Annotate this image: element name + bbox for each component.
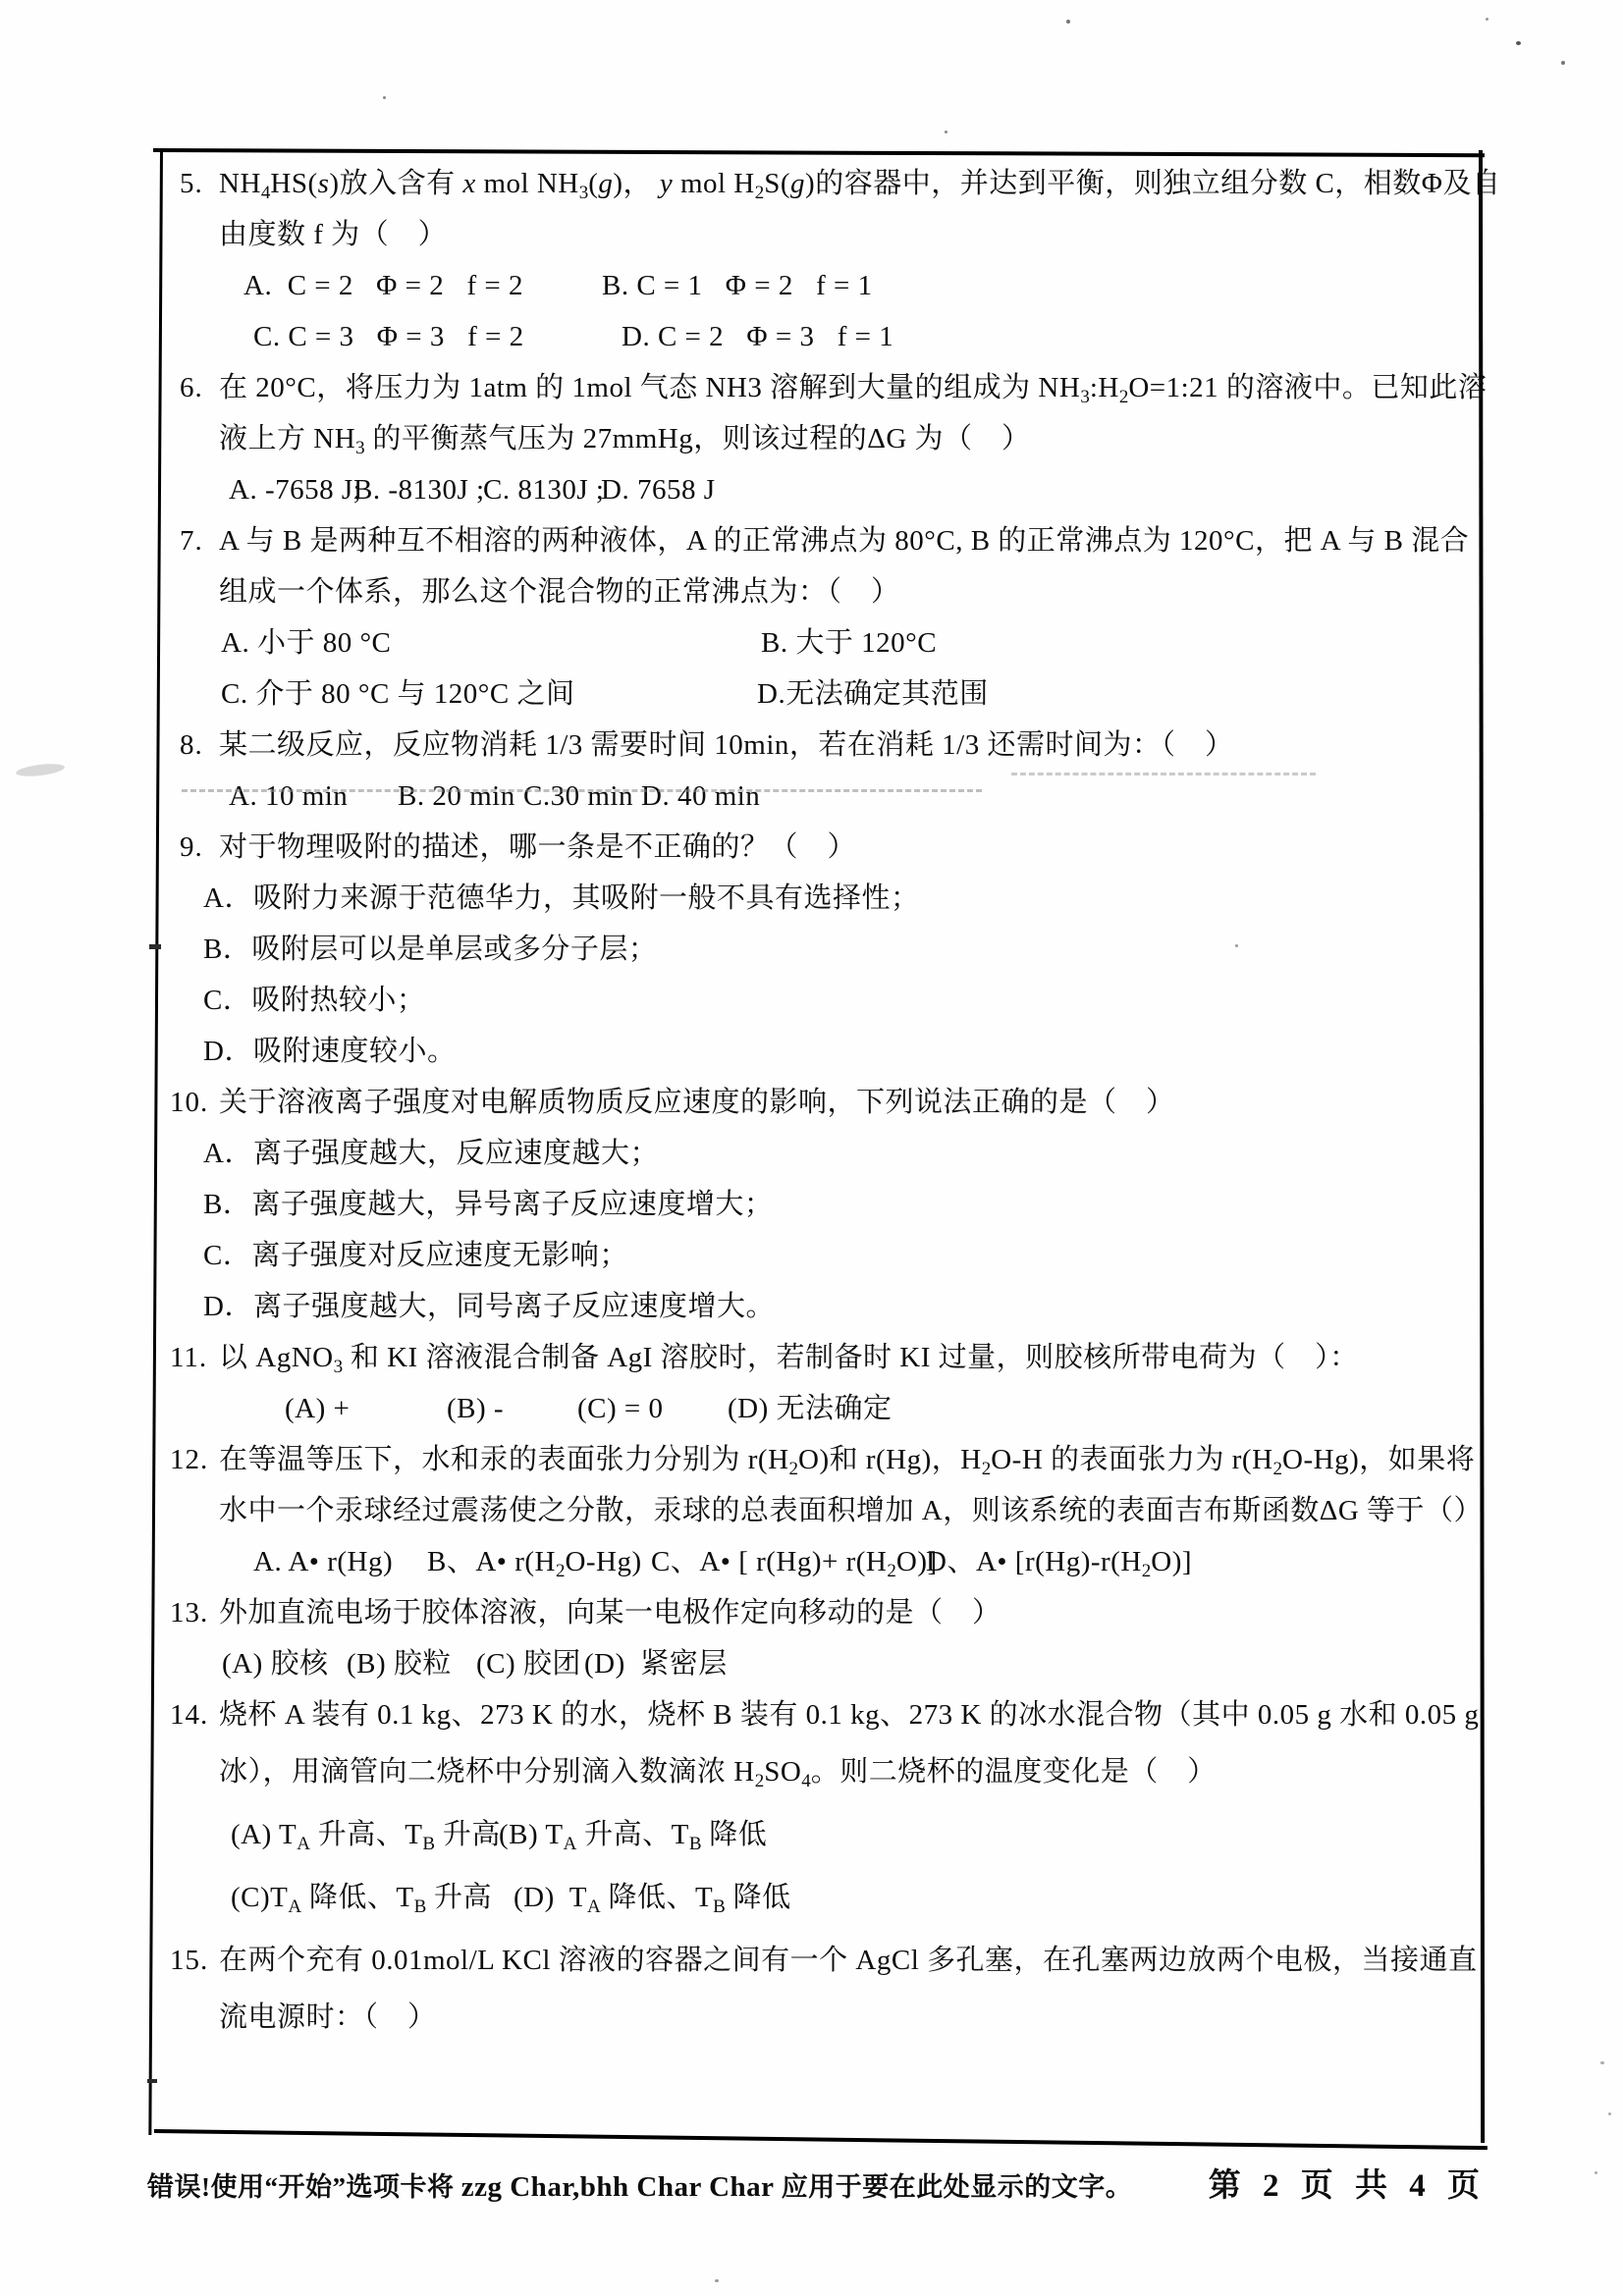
text-line: 流电源时：（ ）	[160, 1992, 1480, 2043]
question-list: 5.NH4HS(s)放入含有 x mol NH3(g)， y mol H2S(g…	[160, 150, 1480, 2129]
option-text: A. 10 min	[229, 771, 348, 822]
text-line: A．离子强度越大，反应速度越大；	[160, 1128, 1480, 1179]
scan-speck	[1066, 20, 1070, 24]
question-text: 在 20°C，将压力为 1atm 的 1mol 气态 NH3 溶解到大量的组成为…	[219, 362, 1487, 413]
option-text: B. 20 min	[398, 771, 515, 822]
scan-dash-artifact	[182, 789, 982, 792]
scan-smudge	[16, 762, 66, 778]
question-number: 5.	[180, 158, 203, 209]
question-text: 在等温等压下，水和汞的表面张力分别为 r(H2O)和 r(Hg)，H2O-H 的…	[219, 1434, 1475, 1485]
text-line: A．吸附力来源于范德华力，其吸附一般不具有选择性；	[160, 873, 1480, 924]
question-number: 15.	[170, 1929, 208, 1992]
option-text: (A) 胶核	[222, 1638, 329, 1689]
option-text: C、A• [ r(Hg)+ r(H2O)]	[651, 1536, 938, 1587]
question-text: 在两个充有 0.01mol/L KCl 溶液的容器之间有一个 AgCl 多孔塞，…	[219, 1929, 1478, 1992]
option-text: C. C = 3 Φ = 3 f = 2	[253, 311, 524, 362]
text-line: 由度数 f 为（ ）	[160, 209, 1480, 260]
option-text: C. 8130J ;	[483, 464, 604, 515]
text-line: A. -7658 J;B. -8130J ;C. 8130J ;D. 7658 …	[160, 464, 1480, 515]
text-line: C．离子强度对反应速度无影响；	[160, 1230, 1480, 1281]
option-text: B. 大于 120°C	[761, 617, 937, 668]
question-text-continued: 冰），用滴管向二烧杯中分别滴入数滴浓 H2SO4。则二烧杯的温度变化是（ ）	[219, 1740, 1217, 1803]
option-text: B. -8130J ;	[353, 464, 485, 515]
option-text: (D) 无法确定	[728, 1383, 893, 1434]
question-number: 14.	[170, 1689, 208, 1740]
scan-speck	[383, 96, 386, 99]
text-line: 冰），用滴管向二烧杯中分别滴入数滴浓 H2SO4。则二烧杯的温度变化是（ ）	[160, 1740, 1480, 1803]
scan-speck	[828, 425, 832, 428]
option-text: D.无法确定其范围	[757, 668, 989, 720]
option-text: (C) = 0	[577, 1383, 664, 1434]
border-bottom	[154, 2129, 1488, 2150]
text-line: 水中一个汞球经过震荡使之分散，汞球的总表面积增加 A，则该系统的表面吉布斯函数Δ…	[160, 1485, 1480, 1536]
text-line: A. C = 2 Φ = 2 f = 2B. C = 1 Φ = 2 f = 1	[160, 260, 1480, 311]
question-number: 7.	[180, 515, 203, 566]
option-text: B．离子强度越大，异号离子反应速度增大；	[203, 1179, 773, 1230]
question-number: 11.	[170, 1332, 207, 1383]
option-text: B．吸附层可以是单层或多分子层；	[203, 924, 657, 975]
option-text: (C)TA 降低、TB 升高	[231, 1866, 492, 1929]
option-text: (B) TA 升高、TB 降低	[499, 1803, 767, 1866]
option-text: C．吸附热较小；	[203, 975, 425, 1026]
text-line: 13.外加直流电场于胶体溶液，向某一电极作定向移动的是（ ）	[160, 1587, 1480, 1638]
text-line: 11.以 AgNO3 和 KI 溶液混合制备 AgI 溶胶时，若制备时 KI 过…	[160, 1332, 1480, 1383]
text-line: 10.关于溶液离子强度对电解质物质反应速度的影响，下列说法正确的是（ ）	[160, 1077, 1480, 1128]
option-text: (A) +	[285, 1383, 350, 1434]
question-text: 外加直流电场于胶体溶液，向某一电极作定向移动的是（ ）	[219, 1587, 1001, 1638]
option-text: C.30 min	[523, 771, 633, 822]
question-text: 关于溶液离子强度对电解质物质反应速度的影响，下列说法正确的是（ ）	[219, 1077, 1175, 1128]
scan-speck	[1516, 41, 1521, 45]
option-text: A. 小于 80 °C	[221, 617, 391, 668]
question-number: 13.	[170, 1587, 208, 1638]
option-text: A. A• r(Hg)	[253, 1536, 393, 1587]
question-text: 以 AgNO3 和 KI 溶液混合制备 AgI 溶胶时，若制备时 KI 过量，则…	[219, 1332, 1359, 1383]
text-line: 15.在两个充有 0.01mol/L KCl 溶液的容器之间有一个 AgCl 多…	[160, 1929, 1480, 1992]
text-line: D．吸附速度较小。	[160, 1026, 1480, 1077]
text-line: A. A• r(Hg)B、A• r(H2O-Hg)C、A• [ r(Hg)+ r…	[160, 1536, 1480, 1587]
page-number-indicator: 第 2 页 共 4 页	[1209, 2160, 1487, 2206]
text-line: A. 10 minB. 20 minC.30 minD. 40 min	[160, 771, 1480, 822]
option-text: (D) TA 降低、TB 降低	[514, 1866, 791, 1929]
question-text: 对于物理吸附的描述，哪一条是不正确的？（ ）	[219, 822, 856, 873]
question-number: 9.	[180, 822, 203, 873]
question-number: 6.	[180, 362, 203, 413]
option-text: A．离子强度越大，反应速度越大；	[203, 1128, 659, 1179]
scan-speck	[1595, 2171, 1597, 2174]
text-line: C. 介于 80 °C 与 120°C 之间D.无法确定其范围	[160, 668, 1480, 720]
text-line: C．吸附热较小；	[160, 975, 1480, 1026]
page-footer: 错误!使用“开始”选项卡将 zzg Char,bhh Char Char 应用于…	[147, 2160, 1487, 2206]
text-line: B．吸附层可以是单层或多分子层；	[160, 924, 1480, 975]
question-text: 某二级反应，反应物消耗 1/3 需要时间 10min，若在消耗 1/3 还需时间…	[219, 720, 1233, 771]
text-line: (A) 胶核(B) 胶粒(C) 胶团(D) 紧密层	[160, 1638, 1480, 1689]
option-text: C. 介于 80 °C 与 120°C 之间	[221, 668, 574, 720]
option-text: A．吸附力来源于范德华力，其吸附一般不具有选择性；	[203, 873, 919, 924]
scan-speck	[1235, 944, 1238, 947]
scan-speck	[1561, 61, 1565, 65]
scan-dash-artifact	[1011, 773, 1316, 775]
text-line: 5.NH4HS(s)放入含有 x mol NH3(g)， y mol H2S(g…	[160, 158, 1480, 209]
question-text-continued: 组成一个体系，那么这个混合物的正常沸点为：（ ）	[219, 566, 900, 617]
text-line: (C)TA 降低、TB 升高(D) TA 降低、TB 降低	[160, 1866, 1480, 1929]
question-text: 烧杯 A 装有 0.1 kg、273 K 的水，烧杯 B 装有 0.1 kg、2…	[219, 1689, 1479, 1740]
question-text-continued: 流电源时：（ ）	[219, 1992, 437, 2043]
option-text: (B) -	[447, 1383, 504, 1434]
option-text: (B) 胶粒	[347, 1638, 452, 1689]
question-text-continued: 由度数 f 为（ ）	[219, 209, 447, 260]
text-line: 8.某二级反应，反应物消耗 1/3 需要时间 10min，若在消耗 1/3 还需…	[160, 720, 1480, 771]
option-text: D．吸附速度较小。	[203, 1026, 456, 1077]
option-text: (A) TA 升高、TB 升高	[231, 1803, 501, 1866]
text-line: 液上方 NH3 的平衡蒸气压为 27mmHg，则该过程的ΔG 为（ ）	[160, 413, 1480, 464]
scan-speck	[715, 2279, 719, 2282]
option-text: D. 7658 J	[601, 464, 715, 515]
text-line: B．离子强度越大，异号离子反应速度增大；	[160, 1179, 1480, 1230]
footer-error-text: 错误!使用“开始”选项卡将 zzg Char,bhh Char Char 应用于…	[147, 2165, 1132, 2204]
question-number: 12.	[170, 1434, 208, 1485]
option-text: B. C = 1 Φ = 2 f = 1	[602, 260, 873, 311]
scan-nub	[149, 944, 161, 949]
option-text: D．离子强度越大，同号离子反应速度增大。	[203, 1281, 775, 1332]
option-text: (D) 紧密层	[584, 1638, 728, 1689]
footer-error-suffix: 应用于要在此处显示的文字。	[775, 2172, 1133, 2202]
scan-speck	[1600, 2061, 1604, 2064]
option-text: D. C = 2 Φ = 3 f = 1	[622, 311, 893, 362]
scan-nub	[147, 2079, 157, 2083]
footer-error-prefix: 错误!使用“开始”选项卡将	[147, 2172, 461, 2202]
text-line: 12.在等温等压下，水和汞的表面张力分别为 r(H2O)和 r(Hg)，H2O-…	[160, 1434, 1480, 1485]
option-text: A. C = 2 Φ = 2 f = 2	[243, 260, 523, 311]
option-text: D、A• [r(Hg)-r(H2O)]	[926, 1536, 1192, 1587]
footer-style-name: zzg Char,bhh Char Char	[461, 2171, 775, 2203]
option-text: A. -7658 J;	[229, 464, 361, 515]
option-text: D. 40 min	[641, 771, 760, 822]
question-number: 8.	[180, 720, 203, 771]
text-line: 组成一个体系，那么这个混合物的正常沸点为：（ ）	[160, 566, 1480, 617]
text-line: D．离子强度越大，同号离子反应速度增大。	[160, 1281, 1480, 1332]
question-text-continued: 水中一个汞球经过震荡使之分散，汞球的总表面积增加 A，则该系统的表面吉布斯函数Δ…	[219, 1485, 1483, 1536]
option-text: (C) 胶团	[476, 1638, 581, 1689]
text-line: 6.在 20°C，将压力为 1atm 的 1mol 气态 NH3 溶解到大量的组…	[160, 362, 1480, 413]
scan-speck	[945, 131, 947, 133]
question-text-continued: 液上方 NH3 的平衡蒸气压为 27mmHg，则该过程的ΔG 为（ ）	[219, 413, 1031, 464]
text-line: (A) +(B) -(C) = 0(D) 无法确定	[160, 1383, 1480, 1434]
text-line: 7.A 与 B 是两种互不相溶的两种液体，A 的正常沸点为 80°C, B 的正…	[160, 515, 1480, 566]
text-line: (A) TA 升高、TB 升高(B) TA 升高、TB 降低	[160, 1803, 1480, 1866]
question-text: A 与 B 是两种互不相溶的两种液体，A 的正常沸点为 80°C, B 的正常沸…	[219, 515, 1469, 566]
text-line: 14.烧杯 A 装有 0.1 kg、273 K 的水，烧杯 B 装有 0.1 k…	[160, 1689, 1480, 1740]
scan-speck	[1608, 2112, 1611, 2115]
question-number: 10.	[170, 1077, 208, 1128]
option-text: C．离子强度对反应速度无影响；	[203, 1230, 628, 1281]
text-line: C. C = 3 Φ = 3 f = 2D. C = 2 Φ = 3 f = 1	[160, 311, 1480, 362]
scan-speck	[1486, 18, 1488, 21]
option-text: B、A• r(H2O-Hg)	[427, 1536, 642, 1587]
text-line: 9.对于物理吸附的描述，哪一条是不正确的？（ ）	[160, 822, 1480, 873]
scanned-exam-page: 5.NH4HS(s)放入含有 x mol NH3(g)， y mol H2S(g…	[0, 0, 1623, 2296]
question-text: NH4HS(s)放入含有 x mol NH3(g)， y mol H2S(g)的…	[219, 158, 1501, 209]
text-line: A. 小于 80 °CB. 大于 120°C	[160, 617, 1480, 668]
